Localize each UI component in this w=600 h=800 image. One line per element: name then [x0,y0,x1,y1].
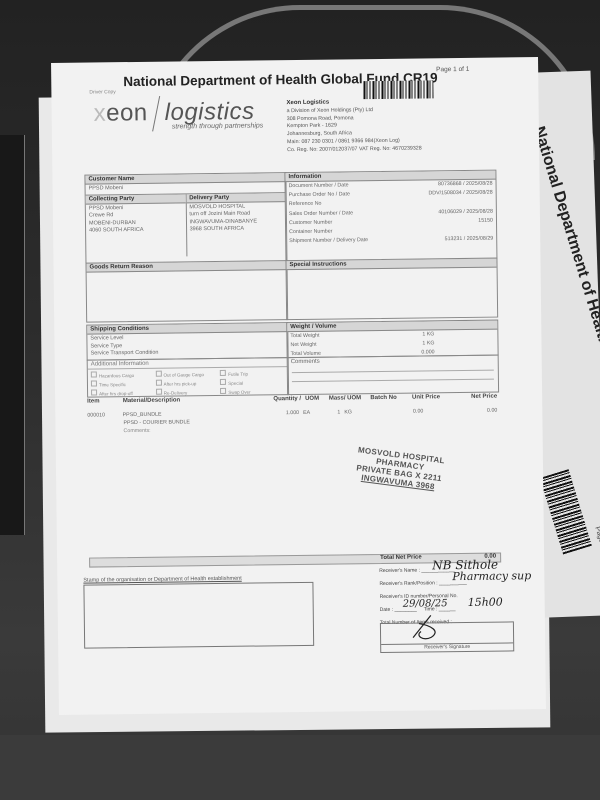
goods-return-header: Goods Return Reason [86,261,286,272]
information-section: Information Document Number / Date807368… [284,170,497,263]
option-checkbox[interactable]: Swap Over [220,387,285,395]
option-checkbox[interactable]: Futile Trip [220,369,285,377]
tray-lip [0,735,600,800]
customer-section: Customer Name PPSD Mobeni Collecting Par… [84,172,287,264]
company-line: Johannesburg, South Africa [287,131,352,138]
signature-scribble [401,613,461,644]
collecting-party-address: PPSD MobeniCrewe Rd MOBENI-DURBAN4060 SO… [86,203,186,236]
company-name: Xeon Logistics [287,100,330,107]
side-barcode [540,469,592,554]
company-address: Xeon Logistics a Division of Xeon Holdin… [287,98,422,154]
company-line: Main: 087 230 0301 / 0861 9366 984(Xeon … [287,138,400,145]
comments-header: Comments [288,356,498,367]
special-instructions-header: Special Instructions [286,259,496,271]
additional-info-section: Additional Information Hazardous Cargo O… [87,357,289,397]
tray-rail [0,135,25,535]
company-line: a Division of Xeon Holdings (Pty) Ltd [287,107,373,114]
comments-section: Comments [287,355,499,396]
side-copy-page: Page 1 of 1 [593,526,600,562]
delivery-note: National Department of Health Global Fun… [51,57,546,715]
company-line: Co. Reg. No: 2007/012037/07 VAT Reg. No:… [287,145,422,153]
option-checkbox[interactable]: Out of Gauge Cargo [155,370,220,378]
date-handwritten: 29/08/25 [403,598,448,610]
option-checkbox[interactable]: Special [220,378,285,386]
shipping-rows: Service LevelService TypeService Transpo… [87,332,287,359]
establishment-stamp-box [83,582,314,649]
option-checkbox[interactable]: Time Specific [91,380,156,388]
time-handwritten: 15h00 [468,596,503,609]
copy-label: Driver Copy [89,89,115,95]
receiver-rank-handwritten: Pharmacy sup [452,569,531,583]
tagline: strength through partnerships [172,122,264,130]
goods-return-section: Goods Return Reason [85,260,288,322]
table-row: 000010 PPSD_BUNDLE 1.000 EA 1 KG 0.00 0.… [87,408,497,435]
info-row: Shipment Number / Delivery Date513231 / … [286,235,496,247]
delivery-party-address: MOSVOLD HOSPITALturn off Jozini Main Roa… [186,202,286,235]
option-checkbox[interactable]: After hrs drop-off [91,389,156,397]
company-line: Kempton Park - 1629 [287,123,337,130]
logo-eon: eon [106,99,148,127]
signature-label: Receiver's Signature [381,642,513,651]
special-instructions-section: Special Instructions [285,258,498,321]
page-number: Page 1 of 1 [436,66,469,73]
logo-x: x [93,100,106,127]
option-checkbox[interactable]: After hrs pick-up [156,379,221,387]
company-line: 308 Pomona Road, Pomona [287,115,354,122]
pharmacy-stamp: MOSVOLD HOSPITALPHARMACY PRIVATE BAG X 2… [354,445,445,492]
weight-section: Weight / Volume Total Weight1 KG Net Wei… [286,320,498,359]
shipping-section: Shipping Conditions Service LevelService… [86,322,288,360]
option-checkbox[interactable]: Re-Delivery [156,388,221,396]
barcode [363,80,433,99]
signature-box: Receiver's Signature [380,621,514,653]
option-checkbox[interactable]: Hazardous Cargo [91,371,156,379]
